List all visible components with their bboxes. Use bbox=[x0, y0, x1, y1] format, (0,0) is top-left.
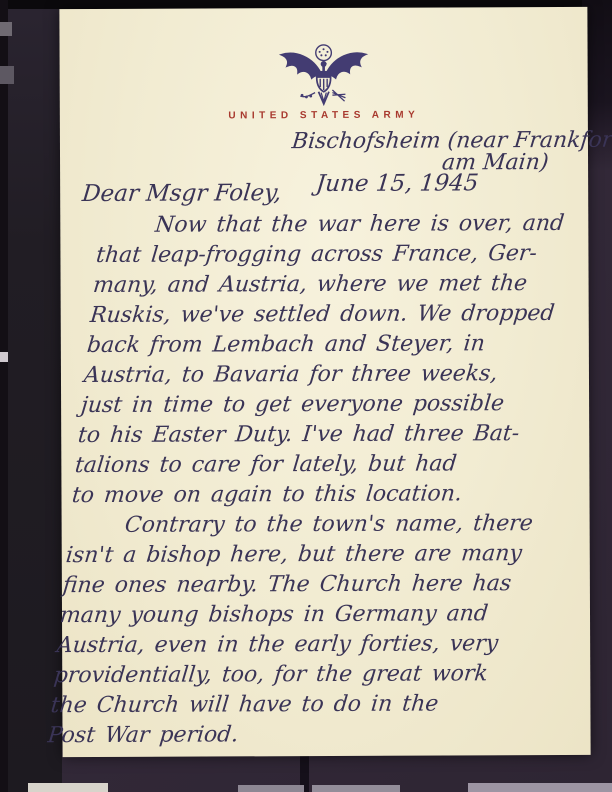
scan-edge-patch bbox=[312, 785, 400, 792]
body-line: back from Lembach and Steyer, in bbox=[86, 329, 603, 361]
body-line: fine ones nearby. The Church here has bbox=[61, 569, 578, 601]
body-line: the Church will have to do in the bbox=[49, 689, 566, 721]
body-line: Ruskis, we've settled down. We dropped bbox=[89, 299, 606, 331]
body-line: Post War period. bbox=[46, 719, 563, 751]
body-line: Now that the war here is over, and bbox=[98, 209, 612, 241]
us-army-eagle-seal-icon bbox=[60, 41, 588, 118]
body-line: providentially, too, for the great work bbox=[52, 659, 569, 691]
body-line: talions to care for lately, but had bbox=[73, 449, 590, 481]
letterhead-org-text: UNITED STATES ARMY bbox=[60, 109, 588, 122]
edge-notch bbox=[0, 66, 14, 84]
edge-notch bbox=[0, 22, 12, 36]
scan-edge-patch bbox=[28, 783, 108, 792]
body-line: that leap-frogging across France, Ger- bbox=[95, 239, 612, 271]
letter-body: Now that the war here is over, and that … bbox=[46, 209, 612, 751]
body-line: isn't a bishop here, but there are many bbox=[64, 539, 581, 571]
body-line: to his Easter Duty. I've had three Bat- bbox=[76, 419, 593, 451]
body-line: Austria, even in the early forties, very bbox=[55, 629, 572, 661]
body-line: Contrary to the town's name, there bbox=[67, 509, 584, 541]
scan-edge-patch bbox=[468, 783, 612, 792]
salutation: Dear Msgr Foley, bbox=[81, 180, 283, 207]
body-line: many young bishops in Germany and bbox=[58, 599, 575, 631]
edge-mark bbox=[0, 352, 8, 362]
body-line: just in time to get everyone possible bbox=[79, 389, 596, 421]
body-line: Austria, to Bavaria for three weeks, bbox=[82, 359, 599, 391]
photo-background: UNITED STATES ARMY Bischofsheim (near Fr… bbox=[0, 0, 612, 792]
scan-edge-patch bbox=[238, 785, 304, 792]
body-line: many, and Austria, where we met the bbox=[92, 269, 609, 301]
film-edge-left bbox=[0, 0, 8, 792]
heading-date: June 15, 1945 bbox=[315, 170, 480, 197]
body-line: to move on again to this location. bbox=[70, 479, 587, 511]
letter-paper: UNITED STATES ARMY Bischofsheim (near Fr… bbox=[59, 7, 590, 757]
